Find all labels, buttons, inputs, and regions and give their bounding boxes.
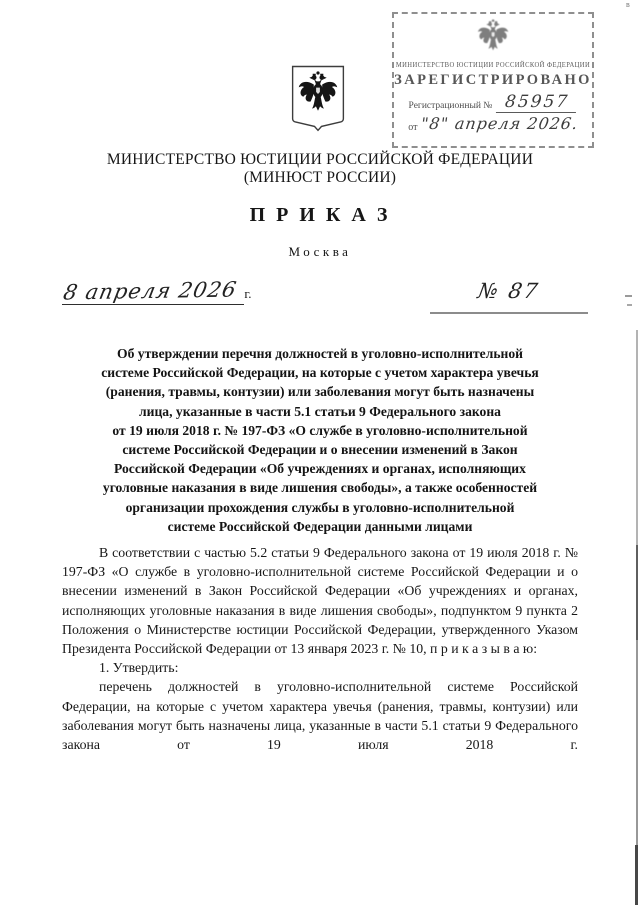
date-underline: 8 апреля 2026 <box>62 279 244 305</box>
order-date-line: 8 апреля 2026г. <box>62 279 251 305</box>
body-item-1: 1. Утвердить: <box>62 658 578 677</box>
scan-edge-artifact <box>636 330 638 545</box>
stamp-registration-line: Регистрационный № 85957 <box>394 92 592 113</box>
stamp-eagle-icon <box>473 17 513 57</box>
body-paragraph-2: перечень должностей в уголовно-исполните… <box>62 677 578 754</box>
order-subject: Об утверждении перечня должностей в угол… <box>62 344 578 536</box>
body-paragraph-1: В соответствии с частью 5.2 статьи 9 Фед… <box>62 543 578 658</box>
stamp-date-label: от <box>408 122 417 133</box>
stamp-registered-label: ЗАРЕГИСТРИРОВАНО <box>394 72 592 89</box>
stamp-ministry-line: МИНИСТЕРСТВО ЮСТИЦИИ РОССИЙСКОЙ ФЕДЕРАЦИ… <box>394 61 592 69</box>
scan-edge-artifact <box>636 545 638 640</box>
order-title: П Р И К А З <box>0 204 640 227</box>
ministry-title-block: МИНИСТЕРСТВО ЮСТИЦИИ РОССИЙСКОЙ ФЕДЕРАЦИ… <box>0 151 640 186</box>
scan-edge-artifact <box>636 640 638 845</box>
handwritten-order-number: № 87 <box>476 279 542 303</box>
date-suffix: г. <box>244 286 251 301</box>
scan-edge-artifact <box>627 304 632 306</box>
registration-stamp: МИНИСТЕРСТВО ЮСТИЦИИ РОССИЙСКОЙ ФЕДЕРАЦИ… <box>392 12 594 148</box>
stamp-registration-label: Регистрационный № <box>409 101 493 113</box>
order-body: В соответствии с частью 5.2 статьи 9 Фед… <box>62 543 578 754</box>
city-label: Москва <box>0 244 640 260</box>
scan-corner-mark: в <box>626 0 630 9</box>
scan-edge-artifact <box>635 845 638 905</box>
scan-edge-artifact <box>625 295 632 297</box>
order-number-line: № 87 <box>430 279 588 314</box>
ministry-title: МИНИСТЕРСТВО ЮСТИЦИИ РОССИЙСКОЙ ФЕДЕРАЦИ… <box>0 151 640 169</box>
handwritten-date: 8 апреля 2026 <box>61 277 239 304</box>
scanned-order-page: { "document": { "corner_mark": "в", "hea… <box>0 0 640 905</box>
stamp-date-value: "8" апреля 2026. <box>419 114 579 133</box>
stamp-registration-number: 85957 <box>496 92 578 113</box>
ministry-short-name: (МИНЮСТ РОССИИ) <box>0 169 640 187</box>
coat-of-arms-icon <box>290 63 346 133</box>
stamp-date-line: от "8" апреля 2026. <box>394 114 592 133</box>
